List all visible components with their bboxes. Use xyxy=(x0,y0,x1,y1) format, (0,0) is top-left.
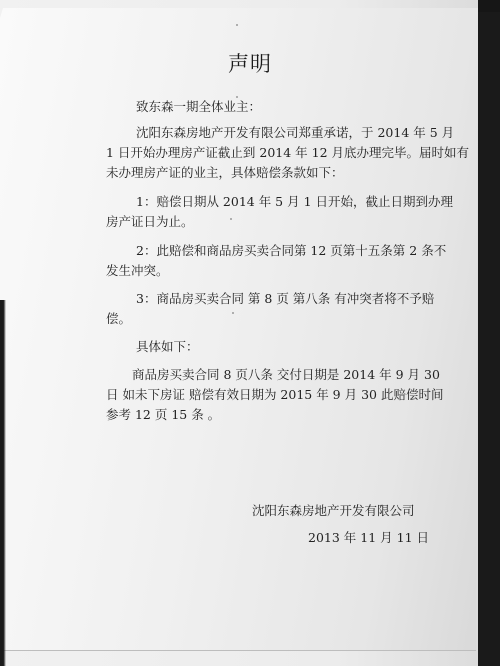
clause-1-line-2: 房产证日为止。 xyxy=(106,213,436,231)
paragraph-intro-line-2: 1 日开始办理房产证截止到 2014 年 12 月底办理完毕。届时如有 xyxy=(106,144,436,162)
paragraph-intro-line-3: 未办理房产证的业主，具体赔偿条款如下： xyxy=(106,164,436,182)
paper-speck xyxy=(230,218,232,220)
document-title: 声明 xyxy=(0,48,500,78)
clause-3-line-1: 3：商品房买卖合同 第 8 页 第八条 有冲突者将不予赔 xyxy=(136,290,466,308)
signature-company: 沈阳东森房地产开发有限公司 xyxy=(252,502,415,520)
details-line-1: 商品房买卖合同 8 页八条 交付日期是 2014 年 9 月 30 xyxy=(132,366,462,384)
clause-1-line-1: 1：赔偿日期从 2014 年 5 月 1 日开始，截止日期到办理 xyxy=(136,193,466,211)
paper-speck xyxy=(236,96,238,98)
signature-date: 2013 年 11 月 11 日 xyxy=(308,529,429,547)
announcement-document: 声明 致东森一期全体业主： 沈阳东森房地产开发有限公司郑重承诺，于 2014 年… xyxy=(0,0,500,666)
paper-speck xyxy=(236,24,238,26)
clause-3-line-2: 偿。 xyxy=(106,310,436,328)
details-heading: 具体如下： xyxy=(136,338,466,356)
clause-2-line-1: 2：此赔偿和商品房买卖合同第 12 页第十五条第 2 条不 xyxy=(136,242,466,260)
salutation: 致东森一期全体业主： xyxy=(136,98,261,116)
paper-speck xyxy=(232,312,234,314)
details-line-2: 日 如未下房证 赔偿有效日期为 2015 年 9 月 30 此赔偿时间 xyxy=(106,386,436,404)
paragraph-intro-line-1: 沈阳东森房地产开发有限公司郑重承诺，于 2014 年 5 月 xyxy=(136,124,466,142)
details-line-3: 参考 12 页 15 条 。 xyxy=(106,406,436,424)
clause-2-line-2: 发生冲突。 xyxy=(106,262,436,280)
